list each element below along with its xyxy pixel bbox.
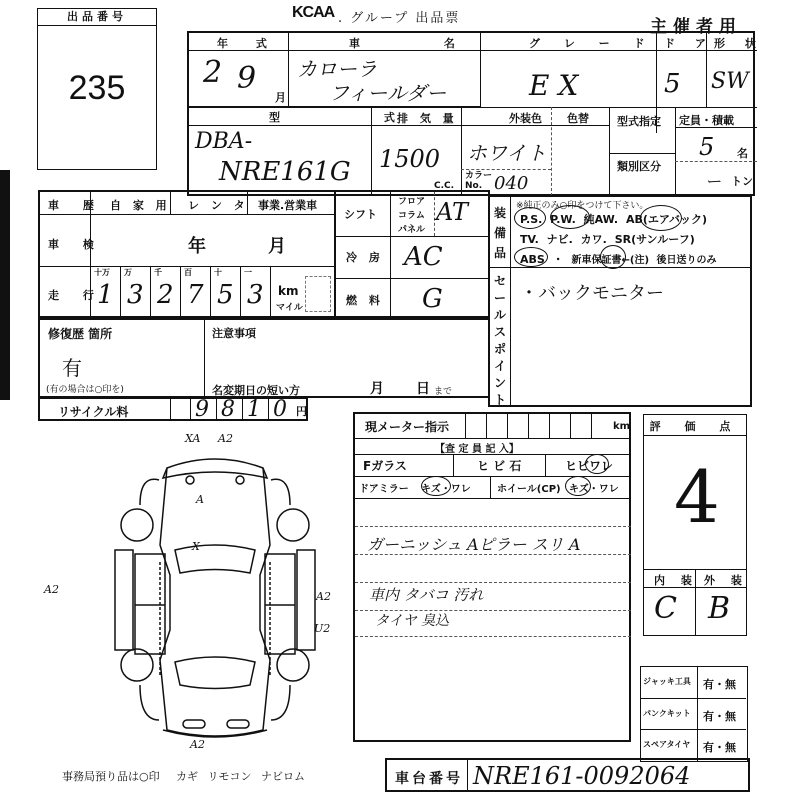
equip-warranty[interactable]: 新車保証書←(注) 後日送りのみ <box>572 255 717 266</box>
history-option-private[interactable]: 自 家 用 <box>110 197 171 213</box>
accessory-row: パンクキット有・無 <box>641 698 746 729</box>
accessories-table: ジャッキ工具有・無パンクキット有・無スペアタイヤ有・無 <box>640 666 748 762</box>
accessory-label: パンクキット <box>643 708 695 719</box>
mark-right-side: A2 <box>316 590 331 603</box>
digit-header: 一 <box>244 267 252 278</box>
km-label: km <box>278 284 298 298</box>
circle-mark <box>550 205 590 229</box>
inspector-note-2: 車内 タバコ 汚れ <box>369 584 483 605</box>
mark-left-side: A2 <box>44 583 59 596</box>
chip-label: ヒ ビ 石 <box>477 457 521 474</box>
name-change-label: 名変期日の短い方 <box>212 382 300 398</box>
recycle-digit-cell: 9 <box>190 399 216 421</box>
shift-option-column[interactable]: コラム <box>398 208 425 221</box>
footer-items: カギ リモコン ナビロム <box>176 768 305 784</box>
recycle-digit: 9 <box>195 397 209 422</box>
recycle-digit: 0 <box>273 397 287 422</box>
circle-mark <box>565 476 591 496</box>
equip-leather[interactable]: カワ. <box>581 233 607 246</box>
name-change-month: 月 <box>370 378 384 398</box>
chassis-label: 車台番号 <box>395 768 463 788</box>
color-value: ホワイト <box>467 137 546 166</box>
lot-number: 235 <box>38 69 156 108</box>
scan-edge <box>0 170 10 400</box>
mirror-label: ドアミラー <box>359 480 409 495</box>
recycle-digit: 8 <box>221 397 235 422</box>
meter-digit-cell[interactable] <box>486 414 507 438</box>
interior-grade: C <box>654 591 677 626</box>
recycle-digit: 1 <box>247 397 261 422</box>
recycle-fee: リサイクル料 9810 円 <box>38 397 308 421</box>
circle-mark <box>514 247 548 267</box>
recycle-unit: 円 <box>296 403 307 419</box>
mileage-digit-cell: 十万1 <box>90 266 120 318</box>
digit-header: 千 <box>154 267 162 278</box>
accessory-label: スペアタイヤ <box>643 739 695 750</box>
repair-label: 修復歴 箇所 <box>48 325 112 342</box>
grade-score: 4 <box>674 455 720 539</box>
circle-mark <box>421 476 451 496</box>
inspector-note-1: ガーニッシュ Aピラー スリ A <box>367 532 580 555</box>
wheel-label: ホイール(CP) <box>497 480 561 495</box>
mileage-digit-cell: 百7 <box>180 266 210 318</box>
mark-front-bumper-1: XA <box>185 432 200 445</box>
displacement-label: 排 気 量 <box>397 110 458 126</box>
exterior-grade: B <box>708 591 730 626</box>
grade-value: E X <box>529 69 578 102</box>
circle-mark <box>514 207 546 229</box>
name-change-day: 日 <box>416 378 430 398</box>
equipment-label: 装備品 <box>494 203 508 263</box>
meter-digit-cell[interactable] <box>549 414 570 438</box>
month-unit: 月 <box>275 89 286 105</box>
color-no-value: 040 <box>494 173 528 194</box>
door-label: ド ア <box>664 35 714 51</box>
accessory-value[interactable]: 有・無 <box>703 676 736 692</box>
shape-value: SW <box>711 69 749 94</box>
mileage-digit-cell: 十5 <box>210 266 240 318</box>
digit-header: 万 <box>124 267 132 278</box>
class-label: 類別区分 <box>617 158 661 174</box>
equip-sunroof[interactable]: SR(サンルーフ) <box>615 233 695 246</box>
recycle-digit-cell: 8 <box>216 399 242 421</box>
grade-label: グ レ ー ド <box>529 35 655 51</box>
digit-header: 百 <box>184 267 192 278</box>
shift-value: AT <box>436 198 468 226</box>
circle-mark <box>585 454 609 474</box>
type-designation-label: 型式指定 <box>617 113 661 129</box>
form-title: . グループ 出品票 <box>338 7 460 26</box>
history-option-rental[interactable]: レ ン タ <box>188 197 249 213</box>
inspection-month-unit: 月 <box>268 232 286 258</box>
chassis-value: NRE161-0092064 <box>473 762 690 790</box>
mark-front-bumper-2: A2 <box>218 432 233 445</box>
meter-digit-cell[interactable] <box>528 414 549 438</box>
equipment-table: 装備品 ※純正のみ○印をつけて下さい。 P.S. P.W. 純AW. AB(エア… <box>488 195 752 407</box>
load-unit: トン <box>731 173 753 189</box>
repair-value: 有 <box>62 352 82 381</box>
mark-right-side-2: U2 <box>314 622 330 635</box>
mark-rear-bumper: A2 <box>190 738 205 751</box>
interior-label: 内 装 <box>654 572 698 588</box>
inspector-note-3: タイヤ 臭込 <box>375 610 449 630</box>
capacity-label: 定員・積載 <box>679 112 734 128</box>
inspector-section-label: 【査 定 員 記 入】 <box>435 440 519 455</box>
load-value: ー <box>705 169 721 192</box>
mileage-digit: 5 <box>217 280 234 310</box>
accessory-row: スペアタイヤ有・無 <box>641 729 746 760</box>
year-value: 2 <box>203 55 222 90</box>
equip-navi[interactable]: ナビ. <box>547 233 573 246</box>
meter-digit-cell[interactable] <box>507 414 528 438</box>
mileage-digit: 2 <box>157 280 174 310</box>
circle-mark <box>600 245 626 269</box>
mark-hood: A <box>196 493 204 506</box>
model-value-1: DBA- <box>195 129 252 154</box>
history-option-business[interactable]: 事業.営業車 <box>258 197 317 213</box>
history-table: 車 歴 自 家 用 レ ン タ 事業.営業車 車 検 年 月 走 行 十万1万3… <box>38 190 336 318</box>
sales-points-text: ・バックモニター <box>520 279 664 305</box>
inspection-label: 車 検 <box>48 236 104 252</box>
capacity-value: 5 <box>699 133 714 161</box>
repair-note: (有の場合は○印を) <box>46 382 124 395</box>
mile-checkbox[interactable] <box>305 276 331 312</box>
color-change-label: 色替 <box>567 110 589 126</box>
recycle-digit-cell: 1 <box>242 399 268 421</box>
circle-mark <box>640 205 682 231</box>
car-name-2: フィールダー <box>329 77 446 106</box>
displacement-value: 1500 <box>379 145 440 173</box>
fuel-value: G <box>422 284 443 314</box>
name-label: 車 名 <box>349 35 495 51</box>
repair-table: 修復歴 箇所 有 (有の場合は○印を) 注意事項 名変期日の短い方 月 日 まで <box>38 318 490 398</box>
door-value: 5 <box>664 69 681 99</box>
grade-box: 評 価 点 4 内 装 外 装 C B <box>643 414 747 636</box>
footer-note: 事務局預り品は○印 <box>62 768 160 784</box>
shift-option-floor[interactable]: フロア <box>398 194 425 207</box>
equip-tv[interactable]: TV. <box>520 233 539 246</box>
mileage-digit-cell: 一3 <box>240 266 270 318</box>
shift-option-panel[interactable]: パネル <box>398 222 425 235</box>
separator: ・ <box>553 253 564 266</box>
month-value: 9 <box>237 61 256 96</box>
mile-label: マイル <box>276 300 303 313</box>
mileage-digit-cell: 千2 <box>150 266 180 318</box>
capacity-unit: 名 <box>737 145 748 161</box>
digit-header: 十 <box>214 267 222 278</box>
accessory-row: ジャッキ工具有・無 <box>641 667 746 698</box>
ac-label: 冷 房 <box>346 249 384 265</box>
history-label: 車 歴 <box>48 197 104 213</box>
lot-number-box: 出品番号 235 <box>37 8 157 170</box>
accessory-label: ジャッキ工具 <box>643 676 695 687</box>
name-change-until: まで <box>434 384 452 397</box>
color-label: 外装色 <box>509 110 542 126</box>
glass-label: Fガラス <box>363 457 407 474</box>
brand-logo: KCAA <box>292 4 334 22</box>
digit-header: 十万 <box>94 267 110 278</box>
shift-label: シフト <box>344 206 377 222</box>
grade-label: 評 価 点 <box>644 418 746 434</box>
mileage-digit: 1 <box>97 280 114 310</box>
inspector-table: 現メーター指示 km 【査 定 員 記 入】 Fガラス ヒ ビ 石 ヒビワレ ド… <box>353 412 631 742</box>
mileage-digit-cell: 万3 <box>120 266 150 318</box>
recycle-digit-cell: 0 <box>268 399 294 421</box>
car-damage-diagram <box>85 430 345 750</box>
accessory-value[interactable]: 有・無 <box>703 739 736 755</box>
mileage-digit: 3 <box>247 280 264 310</box>
accessory-value[interactable]: 有・無 <box>703 708 736 724</box>
meter-digit-cell[interactable] <box>465 414 486 438</box>
recycle-label: リサイクル料 <box>58 403 128 420</box>
cautions-label: 注意事項 <box>212 325 256 341</box>
meter-digit-cell[interactable] <box>591 414 612 438</box>
ac-value: AC <box>404 242 443 272</box>
exterior-label: 外 装 <box>704 572 748 588</box>
chassis-number-box: 車台番号 NRE161-0092064 <box>385 758 750 792</box>
meter-digit-cell[interactable] <box>570 414 591 438</box>
equipment-row-2: TV. ナビ. カワ. SR(サンルーフ) <box>520 231 695 247</box>
shape-label: 形 状 <box>714 35 764 51</box>
color-no-label: カラーNo. <box>465 171 493 191</box>
vehicle-info-table: 年 式 2 9 月 車 名 カローラ フィールダー グ レ ー ド E X ド … <box>187 31 755 196</box>
inspection-year-unit: 年 <box>188 232 206 258</box>
meter-unit: km <box>613 421 630 432</box>
mark-windshield: X <box>192 540 200 553</box>
model-value-2: NRE161G <box>219 157 351 187</box>
meter-label: 現メーター指示 <box>365 418 449 435</box>
mileage-digit: 3 <box>127 280 144 310</box>
specs-table: シフト フロア コラム パネル AT 冷 房 AC 燃 料 G <box>334 190 490 318</box>
mileage-digit: 7 <box>187 280 204 310</box>
fuel-label: 燃 料 <box>346 292 384 308</box>
year-label: 年 式 <box>217 35 279 51</box>
lot-label: 出品番号 <box>38 9 156 26</box>
sales-points-label: セールスポイント <box>494 273 508 409</box>
